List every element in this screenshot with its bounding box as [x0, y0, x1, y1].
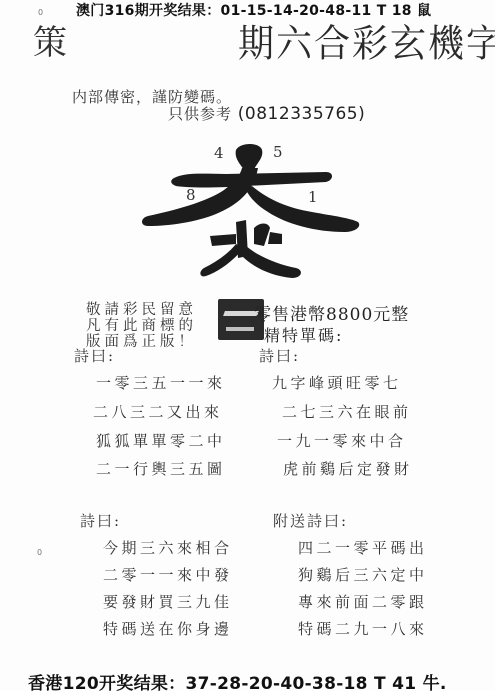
poem-line: 一九一零來中合: [277, 430, 407, 451]
poem-line: 二零一一來中發: [103, 564, 233, 585]
authenticity-warning: 敬請彩民留意 凡有此商標的 版面爲正版！: [86, 302, 197, 350]
emblem-glyph-icon: [136, 138, 366, 288]
poem-line: 二七三六在眼前: [282, 401, 412, 422]
notice-reference-label: 只供参考: [168, 105, 232, 123]
emblem-graphic: 4 5 8 1: [136, 138, 366, 288]
emblem-number-4: 4: [214, 144, 224, 162]
page-title: 期六合彩玄機字: [238, 15, 495, 69]
poem-line: 今期三六來相合: [103, 537, 233, 558]
special-number-label: 精特單碼:: [264, 323, 343, 346]
emblem-number-1: 1: [308, 188, 318, 206]
poem-heading-left-top: 詩曰:: [74, 345, 115, 366]
phone-number: (0812335765): [238, 104, 365, 124]
poem-heading-right-top: 詩曰:: [259, 345, 300, 366]
poem-line: 二八三二又出來: [93, 401, 223, 422]
warning-line: 敬請彩民留意: [86, 302, 197, 318]
side-glyph: 策: [33, 15, 67, 64]
poem-line: 狗鷄后三六定中: [298, 564, 428, 585]
poem-line: 九字峰頭旺零七: [272, 372, 402, 393]
poem-heading-right-bottom: 附送詩曰:: [273, 510, 348, 531]
hongkong-result-banner: 香港120开奖结果：37-28-20-40-38-18 T 41 牛.: [28, 669, 447, 691]
notice-line-2: 只供参考 (0812335765): [168, 103, 365, 124]
poem-line: 虎前鷄后定發財: [283, 458, 413, 479]
poem-heading-left-bottom: 詩曰:: [80, 510, 121, 531]
poem-line: 四二一零平碼出: [298, 537, 428, 558]
margin-mark-bottom: 0: [37, 548, 42, 557]
emblem-number-8: 8: [186, 186, 196, 204]
poem-line: 特碼送在你身邊: [103, 618, 233, 639]
poem-line: 要發財買三九佳: [103, 591, 233, 612]
poem-line: 二一行輿三五圖: [96, 458, 226, 479]
lottery-flyer-page: 0 0 澳门316期开奖结果：01-15-14-20-48-11 T 18 鼠 …: [0, 0, 495, 691]
poem-line: 一零三五一一來: [96, 372, 226, 393]
poem-line: 狐狐單單零二中: [96, 430, 226, 451]
poem-line: 專來前面二零跟: [298, 591, 428, 612]
emblem-number-5: 5: [273, 143, 283, 161]
retail-price: 零售港幣8800元整: [254, 300, 409, 325]
poem-line: 特碼二九一八來: [298, 618, 428, 639]
warning-line: 凡有此商標的: [86, 318, 197, 334]
